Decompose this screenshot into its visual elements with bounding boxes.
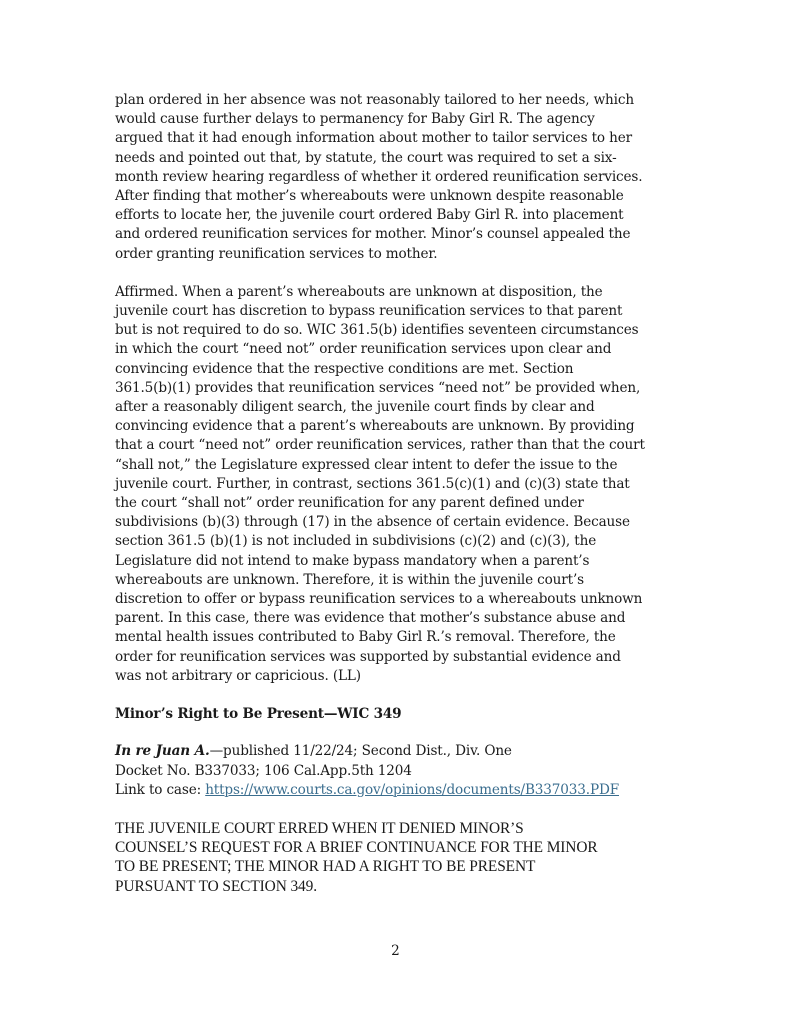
text-line: convincing evidence that the respective … — [115, 360, 705, 379]
text-line: and ordered reunification services for m… — [115, 225, 705, 244]
text-line: needs and pointed out that, by statute, … — [115, 149, 705, 168]
docket-line: Docket No. B337033; 106 Cal.App.5th 1204 — [115, 762, 705, 781]
document-page: plan ordered in her absence was not reas… — [115, 91, 705, 896]
text-line: plan ordered in her absence was not reas… — [115, 91, 705, 110]
text-line: parent. In this case, there was evidence… — [115, 609, 705, 628]
text-line: juvenile court has discretion to bypass … — [115, 302, 705, 321]
text-line: After finding that mother’s whereabouts … — [115, 187, 705, 206]
text-line: convincing evidence that a parent’s wher… — [115, 417, 705, 436]
text-line: section 361.5 (b)(1) is not included in … — [115, 532, 705, 551]
text-line: in which the court “need not” order reun… — [115, 340, 705, 359]
text-line: whereabouts are unknown. Therefore, it i… — [115, 571, 705, 590]
text-line: Legislature did not intend to make bypas… — [115, 552, 705, 571]
case-name: In re Juan A. — [115, 743, 210, 759]
section-heading: Minor’s Right to Be Present—WIC 349 — [115, 705, 705, 724]
holding-line: TO BE PRESENT; THE MINOR HAD A RIGHT TO … — [115, 857, 705, 876]
case-details: —published 11/22/24; Second Dist., Div. … — [210, 743, 512, 759]
text-line: the court “shall not” order reunificatio… — [115, 494, 705, 513]
link-line: Link to case: https://www.courts.ca.gov/… — [115, 781, 705, 800]
text-line: “shall not,” the Legislature expressed c… — [115, 456, 705, 475]
holding-line: THE JUVENILE COURT ERRED WHEN IT DENIED … — [115, 819, 705, 838]
text-line: order granting reunification services to… — [115, 245, 705, 264]
holding-summary: THE JUVENILE COURT ERRED WHEN IT DENIED … — [115, 819, 705, 896]
case-link[interactable]: https://www.courts.ca.gov/opinions/docum… — [205, 782, 619, 798]
text-line: would cause further delays to permanency… — [115, 110, 705, 129]
text-line: that a court “need not” order reunificat… — [115, 436, 705, 455]
holding-line: COUNSEL’S REQUEST FOR A BRIEF CONTINUANC… — [115, 838, 705, 857]
text-line: discretion to offer or bypass reunificat… — [115, 590, 705, 609]
text-line: 361.5(b)(1) provides that reunification … — [115, 379, 705, 398]
text-line: month review hearing regardless of wheth… — [115, 168, 705, 187]
link-label: Link to case: — [115, 782, 205, 798]
text-line: efforts to locate her, the juvenile cour… — [115, 206, 705, 225]
text-line: order for reunification services was sup… — [115, 648, 705, 667]
paragraph-background: plan ordered in her absence was not reas… — [115, 91, 705, 264]
text-line: mental health issues contributed to Baby… — [115, 628, 705, 647]
text-line: after a reasonably diligent search, the … — [115, 398, 705, 417]
text-line: argued that it had enough information ab… — [115, 129, 705, 148]
text-line: was not arbitrary or capricious. (LL) — [115, 667, 705, 686]
case-citation: In re Juan A.—published 11/22/24; Second… — [115, 742, 705, 800]
holding-line: PURSUANT TO SECTION 349. — [115, 877, 705, 896]
page-number: 2 — [0, 943, 791, 959]
text-line: Affirmed. When a parent’s whereabouts ar… — [115, 283, 705, 302]
text-line: subdivisions (b)(3) through (17) in the … — [115, 513, 705, 532]
text-line: juvenile court. Further, in contrast, se… — [115, 475, 705, 494]
paragraph-holding-analysis: Affirmed. When a parent’s whereabouts ar… — [115, 283, 705, 686]
case-title-line: In re Juan A.—published 11/22/24; Second… — [115, 742, 705, 761]
text-line: but is not required to do so. WIC 361.5(… — [115, 321, 705, 340]
